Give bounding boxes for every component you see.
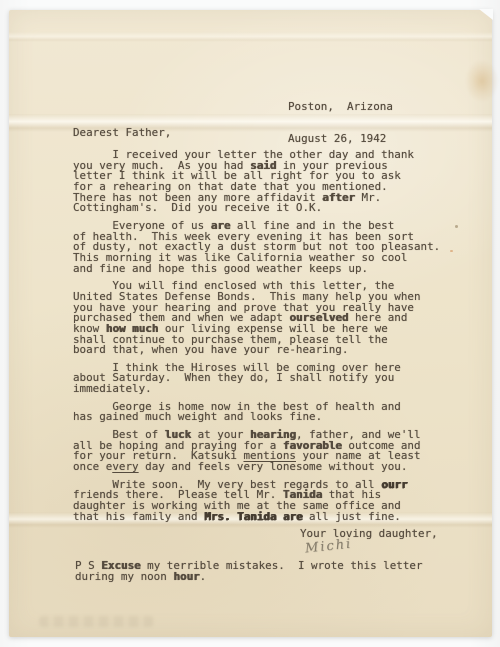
letter-text: has gained much weight and looks fine. bbox=[73, 410, 322, 423]
letter-paragraph: I think the Hiroses will be coming over … bbox=[73, 363, 440, 395]
overstruck-text: after bbox=[322, 191, 355, 204]
letter-text: day and feels very lonesome without you. bbox=[139, 460, 408, 473]
letter-line: Cottingham's. Did you receive it O.K. bbox=[73, 203, 440, 214]
letter-text: . bbox=[200, 570, 207, 583]
letter-line: that his family and Mrs. Tanida are all … bbox=[73, 512, 440, 523]
closing: Your loving daughter, bbox=[300, 529, 438, 540]
letter-text: Cottingham's. Did you receive it O.K. bbox=[73, 201, 322, 214]
paper-speck bbox=[450, 250, 453, 252]
letter-line: and fine and hope this good weather keep… bbox=[73, 264, 440, 275]
pencil-smudge bbox=[39, 616, 154, 627]
letter-body: I received your letter the other day and… bbox=[73, 150, 440, 529]
letter-paper: Poston, Arizona August 26, 1942 Dearest … bbox=[9, 10, 492, 637]
letter-line: once every day and feels very lonesome w… bbox=[73, 462, 440, 473]
letter-line: board that, when you have your re-hearin… bbox=[73, 345, 440, 356]
letter-postscript: P S Excuse my terrible mistakes. I wrote… bbox=[75, 561, 423, 582]
letter-paragraph: Best of luck at your hearing, father, an… bbox=[73, 430, 440, 473]
letter-text: that his family and bbox=[73, 510, 204, 523]
letter-text: all just fine. bbox=[303, 510, 401, 523]
letter-text: once e bbox=[73, 460, 112, 473]
letter-paragraph: George is home now in the best of health… bbox=[73, 402, 440, 423]
overstruck-text: hour bbox=[173, 570, 199, 583]
paper-stain bbox=[465, 60, 499, 102]
overstruck-text: ourr bbox=[381, 478, 407, 491]
underlined-text: very bbox=[112, 460, 138, 473]
salutation: Dearest Father, bbox=[73, 128, 171, 139]
letter-text: Mr. bbox=[355, 191, 381, 204]
corner-clip bbox=[477, 9, 493, 20]
fold-crease-top bbox=[9, 32, 492, 42]
scan-background: Poston, Arizona August 26, 1942 Dearest … bbox=[0, 0, 500, 647]
letter-line: has gained much weight and looks fine. bbox=[73, 412, 440, 423]
dateline-date: August 26, 1942 bbox=[288, 134, 393, 145]
letter-line: immediately. bbox=[73, 384, 440, 395]
dateline-place: Poston, Arizona bbox=[288, 102, 393, 113]
overstruck-text: Mrs. Tanida are bbox=[204, 510, 302, 523]
letter-paragraph: Everyone of us are all fine and in the b… bbox=[73, 221, 440, 274]
letter-text: and fine and hope this good weather keep… bbox=[73, 262, 368, 275]
letter-paragraph: You will find enclosed wth this letter, … bbox=[73, 281, 440, 356]
paper-speck bbox=[455, 225, 458, 228]
letter-line: during my noon hour. bbox=[75, 572, 423, 583]
letter-paragraph: Write soon. My very best regards to all … bbox=[73, 480, 440, 523]
letter-text: during my noon bbox=[75, 570, 173, 583]
letter-text: board that, when you have your re-hearin… bbox=[73, 343, 348, 356]
letter-paragraph: I received your letter the other day and… bbox=[73, 150, 440, 214]
letter-text: immediately. bbox=[73, 382, 152, 395]
